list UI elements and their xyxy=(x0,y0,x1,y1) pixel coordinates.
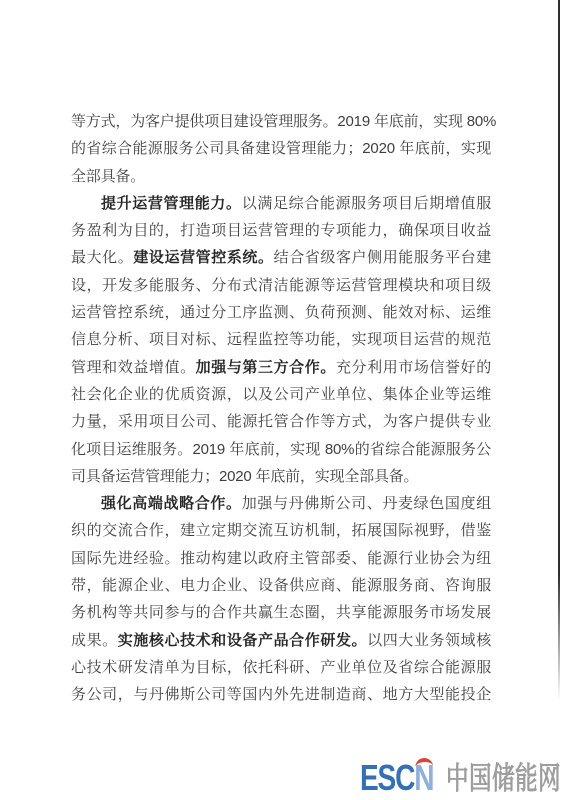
paragraph-text: 管理和效益增值。 xyxy=(71,359,196,376)
text-line: 国际先进经验。推动构建以政府主管部委、能源行业协会为纽 xyxy=(71,545,491,572)
paragraph-text: 社会化企业的优质资源，以及公司产业单位、集体企业等运维 xyxy=(71,386,491,403)
logo-letter: S xyxy=(378,757,396,798)
paragraph-text: 设，开发多能服务、分布式清洁能源等运营管理模块和项目级 xyxy=(71,277,491,294)
paragraph-text: 最大化。 xyxy=(71,249,133,266)
paragraph-text: 充分利用市场信誉好的 xyxy=(336,359,491,376)
paragraph-text: 务盈利为目的，打造项目运营管理的专项能力，确保项目收益 xyxy=(71,222,491,239)
escn-watermark-logo: ESCN 中国储能网 xyxy=(360,758,565,800)
paragraph-text: 的省综合能源服务公司具备建设管理能力；2020 年底前，实现 xyxy=(71,140,491,157)
text-line: 力量，采用项目公司、能源托管合作等方式，为客户提供专业 xyxy=(71,408,491,435)
paragraph-text: 运营管控系统，通过分工序监测、负荷预测、能效对标、运维 xyxy=(71,304,491,321)
paragraph-text: 全部具备。 xyxy=(71,168,145,185)
paragraph-text: 务公司，与丹佛斯公司等国内外先进制造商、地方大型能投企 xyxy=(71,686,491,703)
paragraph-text: 带，能源企业、电力企业、设备供应商、能源服务商、咨询服 xyxy=(71,577,491,594)
paragraph-text: 信息分析、项目对标、远程监控等功能，实现项目运营的规范 xyxy=(71,331,491,348)
text-line: 心技术研发清单为目标，依托科研、产业单位及省综合能源服 xyxy=(71,654,491,681)
text-line: 社会化企业的优质资源，以及公司产业单位、集体企业等运维 xyxy=(71,381,491,408)
text-line: 带，能源企业、电力企业、设备供应商、能源服务商、咨询服 xyxy=(71,572,491,599)
paragraph-text: 以满足综合能源服务项目后期增值服 xyxy=(242,195,491,212)
bold-heading-text: 提升运营管理能力。 xyxy=(101,195,242,212)
escn-logo-chinese: 中国储能网 xyxy=(446,763,561,794)
text-line: 信息分析、项目对标、远程监控等功能，实现项目运营的规范 xyxy=(71,326,491,353)
bold-heading-text: 建设运营管控系统。 xyxy=(133,249,273,266)
text-line: 成果。实施核心技术和设备产品合作研发。以四大业务领域核 xyxy=(71,627,491,654)
paragraph-text: 织的交流合作，建立定期交流互访机制，拓展国际视野，借鉴 xyxy=(71,522,491,539)
paragraph-text: 国际先进经验。推动构建以政府主管部委、能源行业协会为纽 xyxy=(71,550,491,567)
paragraph-text: 结合省级客户侧用能服务平台建 xyxy=(274,249,491,266)
text-line: 提升运营管理能力。以满足综合能源服务项目后期增值服 xyxy=(71,190,491,217)
bold-heading-text: 强化高端战略合作。 xyxy=(101,495,242,512)
text-line: 管理和效益增值。加强与第三方合作。充分利用市场信誉好的 xyxy=(71,354,491,381)
text-line: 最大化。建设运营管控系统。结合省级客户侧用能服务平台建 xyxy=(71,244,491,271)
text-line: 司具备运营管理能力；2020 年底前，实现全部具备。 xyxy=(71,463,491,490)
text-line: 的省综合能源服务公司具备建设管理能力；2020 年底前，实现 xyxy=(71,135,491,162)
text-line: 化项目运维服务。2019 年底前，实现 80%的省综合能源服务公 xyxy=(71,436,491,463)
paragraph-text: 化项目运维服务。2019 年底前，实现 80%的省综合能源服务公 xyxy=(71,441,491,458)
text-line: 全部具备。 xyxy=(71,163,491,190)
bold-heading-text: 实施核心技术和设备产品合作研发。 xyxy=(118,632,367,649)
paragraph-text: 以四大业务领域核 xyxy=(367,632,491,649)
text-line: 等方式，为客户提供项目建设管理服务。2019 年底前，实现 80% xyxy=(71,108,491,135)
paragraph-text: 心技术研发清单为目标，依托科研、产业单位及省综合能源服 xyxy=(71,659,491,676)
paragraph-text: 司具备运营管理能力；2020 年底前，实现全部具备。 xyxy=(71,468,418,485)
text-line: 务机构等共同参与的合作共赢生态圈，共享能源服务市场发展 xyxy=(71,599,491,626)
paragraph-text: 加强与丹佛斯公司、丹麦绿色国度组 xyxy=(242,495,491,512)
text-line: 织的交流合作，建立定期交流互访机制，拓展国际视野，借鉴 xyxy=(71,517,491,544)
text-line: 运营管控系统，通过分工序监测、负荷预测、能效对标、运维 xyxy=(71,299,491,326)
paragraph-text: 力量，采用项目公司、能源托管合作等方式，为客户提供专业 xyxy=(71,413,491,430)
logo-letter: C xyxy=(395,757,414,798)
bold-heading-text: 加强与第三方合作。 xyxy=(196,359,336,376)
text-line: 强化高端战略合作。加强与丹佛斯公司、丹麦绿色国度组 xyxy=(71,490,491,517)
paragraph-text: 成果。 xyxy=(71,632,118,649)
body-text: 等方式，为客户提供项目建设管理服务。2019 年底前，实现 80%的省综合能源服… xyxy=(71,108,491,709)
text-line: 务公司，与丹佛斯公司等国内外先进制造商、地方大型能投企 xyxy=(71,681,491,708)
logo-letter: E xyxy=(360,757,378,798)
paragraph-text: 等方式，为客户提供项目建设管理服务。2019 年底前，实现 80% xyxy=(71,113,496,130)
scan-edge-line xyxy=(558,0,560,700)
paragraph-text: 务机构等共同参与的合作共赢生态圈，共享能源服务市场发展 xyxy=(71,604,491,621)
text-line: 务盈利为目的，打造项目运营管理的专项能力，确保项目收益 xyxy=(71,217,491,244)
document-page: 等方式，为客户提供项目建设管理服务。2019 年底前，实现 80%的省综合能源服… xyxy=(0,0,567,800)
text-line: 设，开发多能服务、分布式清洁能源等运营管理模块和项目级 xyxy=(71,272,491,299)
